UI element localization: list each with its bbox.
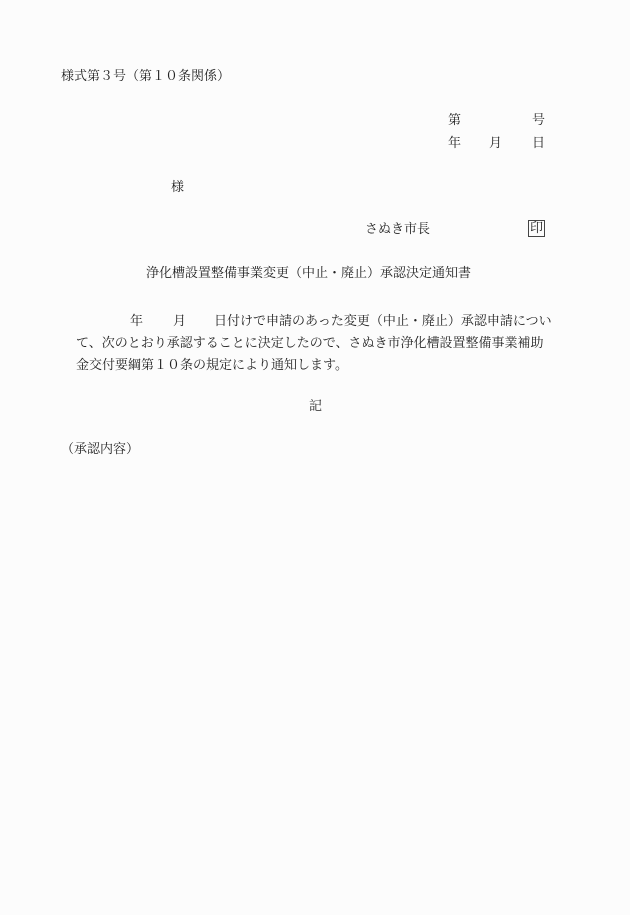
form-number: 様式第３号（第１０条関係） bbox=[61, 70, 230, 83]
body-line-1: 年月日付けで申請のあった変更（中止・廃止）承認申請につい bbox=[130, 311, 586, 333]
body-line-1-text: 日付けで申請のあった変更（中止・廃止）承認申請につい bbox=[214, 314, 552, 329]
doc-number-prefix: 第 bbox=[448, 114, 461, 127]
addressee-honorific: 様 bbox=[171, 181, 184, 194]
body-paragraph: 年月日付けで申請のあった変更（中止・廃止）承認申請につい て、次のとおり承認する… bbox=[76, 311, 586, 377]
body-month-label: 月 bbox=[173, 314, 186, 329]
date-year-label: 年 bbox=[448, 137, 461, 150]
seal-stamp-icon: 印 bbox=[528, 220, 545, 237]
approval-content-label: （承認内容） bbox=[61, 443, 139, 456]
body-line-3: 金交付要綱第１０条の規定により通知します。 bbox=[76, 355, 586, 377]
date-month-label: 月 bbox=[489, 137, 502, 150]
document-title: 浄化槽設置整備事業変更（中止・廃止）承認決定通知書 bbox=[146, 267, 471, 280]
body-line-2: て、次のとおり承認することに決定したので、さぬき市浄化槽設置整備事業補助 bbox=[76, 333, 586, 355]
date-day-label: 日 bbox=[532, 137, 545, 150]
issuer-name: さぬき市長 bbox=[365, 223, 430, 236]
record-heading: 記 bbox=[309, 400, 322, 413]
doc-number-suffix: 号 bbox=[532, 114, 545, 127]
body-year-label: 年 bbox=[130, 314, 143, 329]
